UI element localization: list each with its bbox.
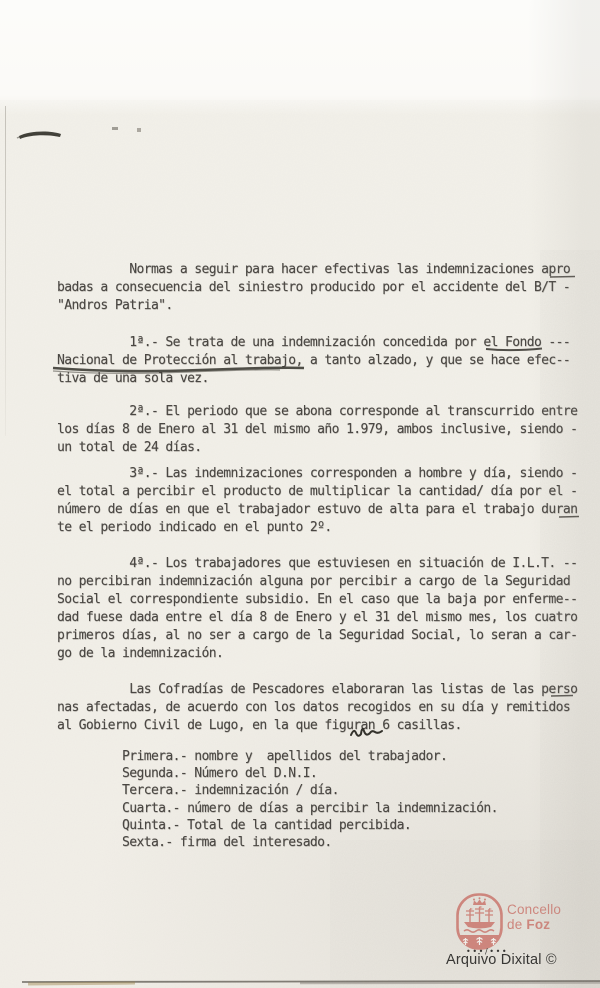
document-line: "Andros Patria". [57,297,570,315]
concello-de-foz-crest-icon [455,892,507,952]
document-line: Quinta.- Total de la cantidad percibida. [57,817,498,834]
document-line: no percibiran indemnización alguna por p… [57,573,577,591]
document-line: 2ª.- El periodo que se abona corresponde… [57,403,577,421]
document-line: 1ª.- Se trata de una indemnización conce… [57,334,570,352]
watermark-org-line1: Concello [507,902,561,917]
document-line: Social el correspondiente subsidio. En e… [57,591,577,609]
document-line: badas a consecuencia del siniestro produ… [57,279,570,297]
paragraph-punto-1: 1ª.- Se trata de una indemnización conce… [57,334,570,388]
document-line: Normas a seguir para hacer efectivas las… [57,261,570,279]
document-line: 3ª.- Las indemnizaciones corresponden a … [57,465,577,483]
document-line: al Gobierno Civil de Lugo, en la que fig… [57,717,577,735]
paragraph-intro: Normas a seguir para hacer efectivas las… [57,261,570,315]
document-line: Primera.- nombre y apellidos del trabaja… [57,748,498,765]
watermark-org-line2: de Foz [507,917,561,932]
paragraph-cofradias: Las Cofradías de Pescadores elaboraran l… [57,681,577,735]
document-line: Las Cofradías de Pescadores elaboraran l… [57,681,577,699]
paragraph-punto-2: 2ª.- El periodo que se abona corresponde… [57,403,577,457]
document-line: Tercera.- indemnización / día. [57,782,498,799]
paragraph-punto-3: 3ª.- Las indemnizaciones corresponden a … [57,465,577,537]
document-line: Cuarta.- número de días a percibir la in… [57,800,498,817]
document-line: dad fuese dada entre el día 8 de Enero y… [57,609,577,627]
document-line: go de la indemnización. [57,645,577,663]
document-line: tiva de una sola vez. [57,370,570,388]
document-line: te el periodo indicado en el punto 2º. [57,519,577,537]
document-line: número de días en que el trabajador estu… [57,501,577,519]
document-line: Segunda.- Número del D.N.I. [57,765,498,782]
document-line: Sexta.- firma del interesado. [57,834,498,851]
document-line: el total a percibir el producto de multi… [57,483,577,501]
paragraph-punto-4: 4ª.- Los trabajadores que estuviesen en … [57,555,577,663]
watermark-caption: Arquivo Dixital © [446,952,596,968]
document-line: un total de 24 días. [57,439,577,457]
document-line: 4ª.- Los trabajadores que estuviesen en … [57,555,577,573]
paragraph-casillas-list: Primera.- nombre y apellidos del trabaja… [57,748,498,851]
document-line: los días 8 de Enero al 31 del mismo año … [57,421,577,439]
document-line: nas afectadas, de acuerdo con los datos … [57,699,577,717]
document-line: primeros días, al no ser a cargo de la S… [57,627,577,645]
watermark-org-name: Concello de Foz [507,902,561,932]
archive-watermark: Concello de Foz •••/••• Arquivo Dixital … [446,888,596,972]
document-line: Nacional de Protección al trabajo, a tan… [57,352,570,370]
